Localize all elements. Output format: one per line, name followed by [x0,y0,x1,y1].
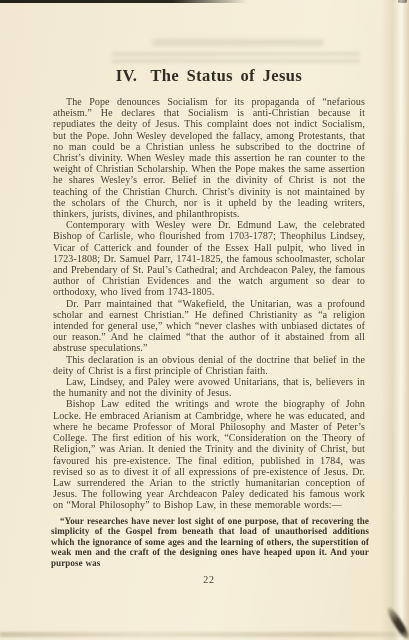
scan-artifact-top-line [0,0,248,3]
chapter-heading: IV.The Status of Jesus [53,66,365,86]
show-through-ghost-text [112,52,360,65]
scan-artifact-bottom-shadow [0,632,409,637]
page-number: 22 [53,575,365,586]
chapter-title: The Status of Jesus [150,66,302,85]
body-paragraph: Dr. Parr maintained that “Wakefield, the… [53,299,365,355]
book-page-scan: IV.The Status of Jesus The Pope denounce… [0,0,409,640]
chapter-number: IV. [116,66,138,85]
page-edge-shadow [381,0,409,640]
body-paragraph: The Pope denounces Socialism for its pro… [53,97,365,220]
body-paragraph: This declaration is an obvious denial of… [53,355,365,377]
dedication-quote: “Your researches have never lost sight o… [51,516,369,569]
body-paragraph: Bishop Law edited the writings and wrote… [53,399,365,511]
show-through-ghost-text [152,39,324,46]
body-paragraph: Law, Lindsey, and Paley were avowed Unit… [53,377,365,399]
page-text-block: IV.The Status of Jesus The Pope denounce… [53,66,365,586]
body-paragraph: Contemporary with Wesley were Dr. Edmund… [53,220,365,298]
